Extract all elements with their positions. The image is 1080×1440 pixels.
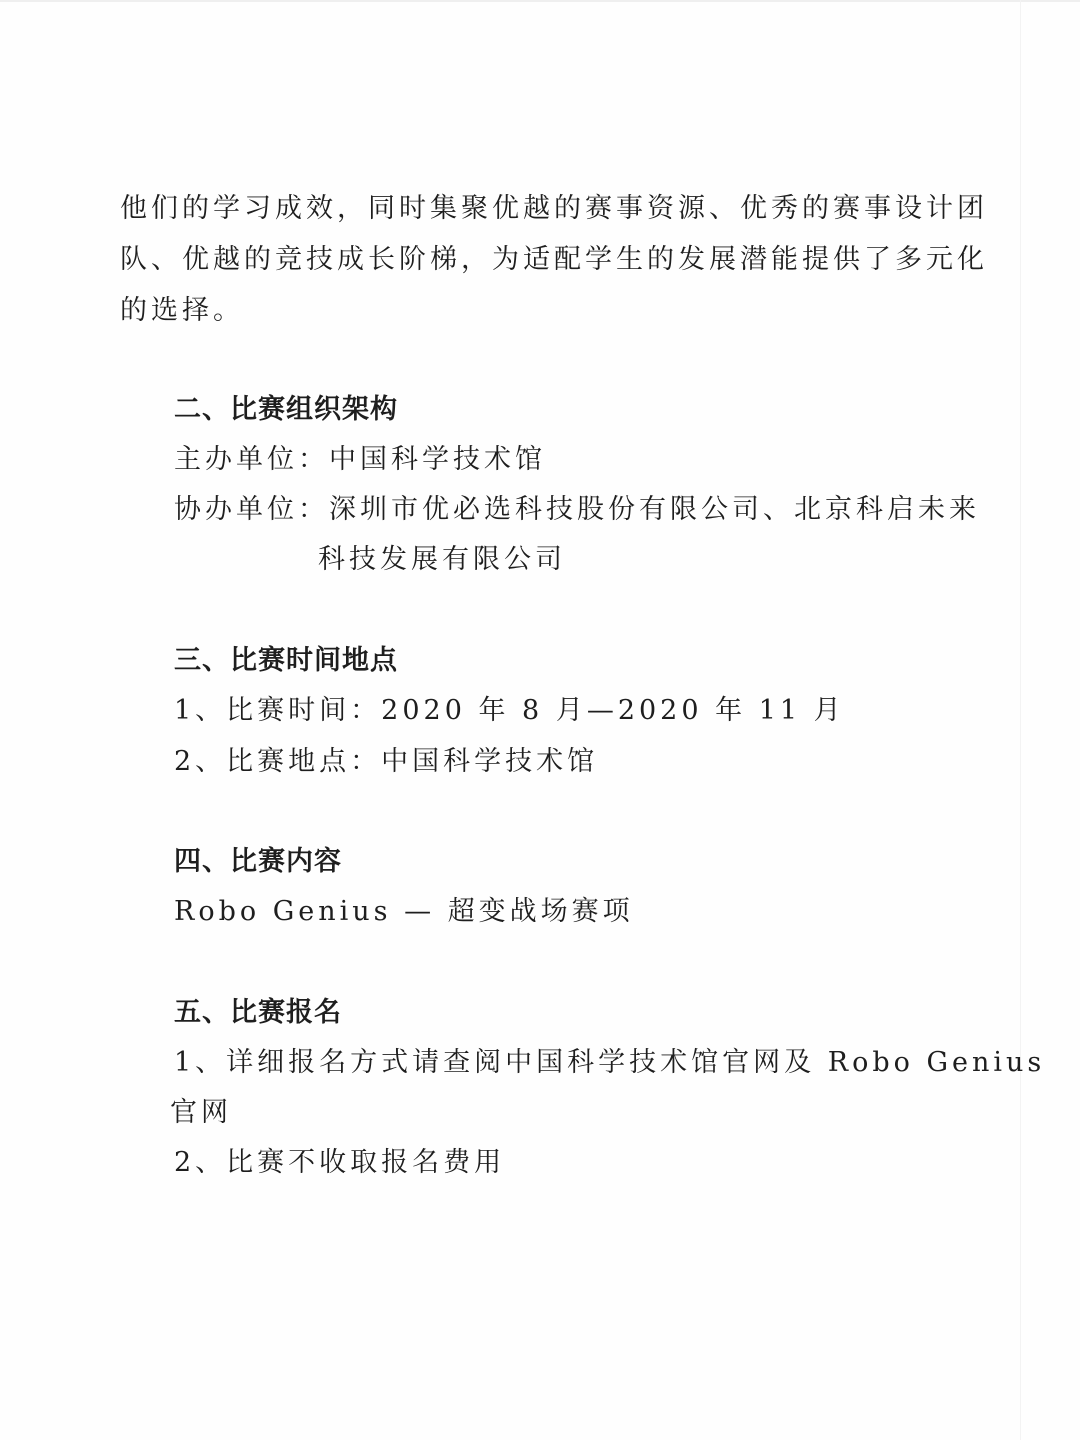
co-organizer-row: 协办单位：深圳市优必选科技股份有限公司、北京科启未来 xyxy=(174,493,980,527)
competition-content: Robo Genius — 超变战场赛项 xyxy=(174,895,634,929)
host-value: 中国科学技术馆 xyxy=(329,444,546,475)
section-heading-organization: 二、比赛组织架构 xyxy=(174,393,398,427)
intro-line-1: 他们的学习成效，同时集聚优越的赛事资源、优秀的赛事设计团 xyxy=(120,192,988,226)
host-row: 主办单位：中国科学技术馆 xyxy=(174,443,546,477)
co-organizer-label: 协办单位： xyxy=(174,494,329,525)
list-item-registration-fee: 2、比赛不收取报名费用 xyxy=(174,1146,505,1180)
list-item-registration-method: 1、详细报名方式请查阅中国科学技术馆官网及 Robo Genius xyxy=(174,1046,1045,1080)
scan-edge xyxy=(0,0,1080,2)
section-heading-registration: 五、比赛报名 xyxy=(174,996,342,1030)
list-item-place: 2、比赛地点：中国科学技术馆 xyxy=(174,745,598,779)
host-label: 主办单位： xyxy=(174,444,329,475)
co-organizer-value-cont: 科技发展有限公司 xyxy=(318,543,566,577)
intro-line-2: 队、优越的竞技成长阶梯，为适配学生的发展潜能提供了多元化 xyxy=(120,243,988,277)
intro-line-3: 的选择。 xyxy=(120,294,244,328)
list-item-registration-method-cont: 官网 xyxy=(170,1096,232,1130)
scan-edge xyxy=(1020,0,1021,1440)
section-heading-content: 四、比赛内容 xyxy=(174,845,342,879)
co-organizer-value: 深圳市优必选科技股份有限公司、北京科启未来 xyxy=(329,494,980,525)
list-item-time: 1、比赛时间：2020 年 8 月—2020 年 11 月 xyxy=(174,694,845,728)
document-page: 他们的学习成效，同时集聚优越的赛事资源、优秀的赛事设计团 队、优越的竞技成长阶梯… xyxy=(0,0,1080,1440)
section-heading-time-place: 三、比赛时间地点 xyxy=(174,644,398,678)
